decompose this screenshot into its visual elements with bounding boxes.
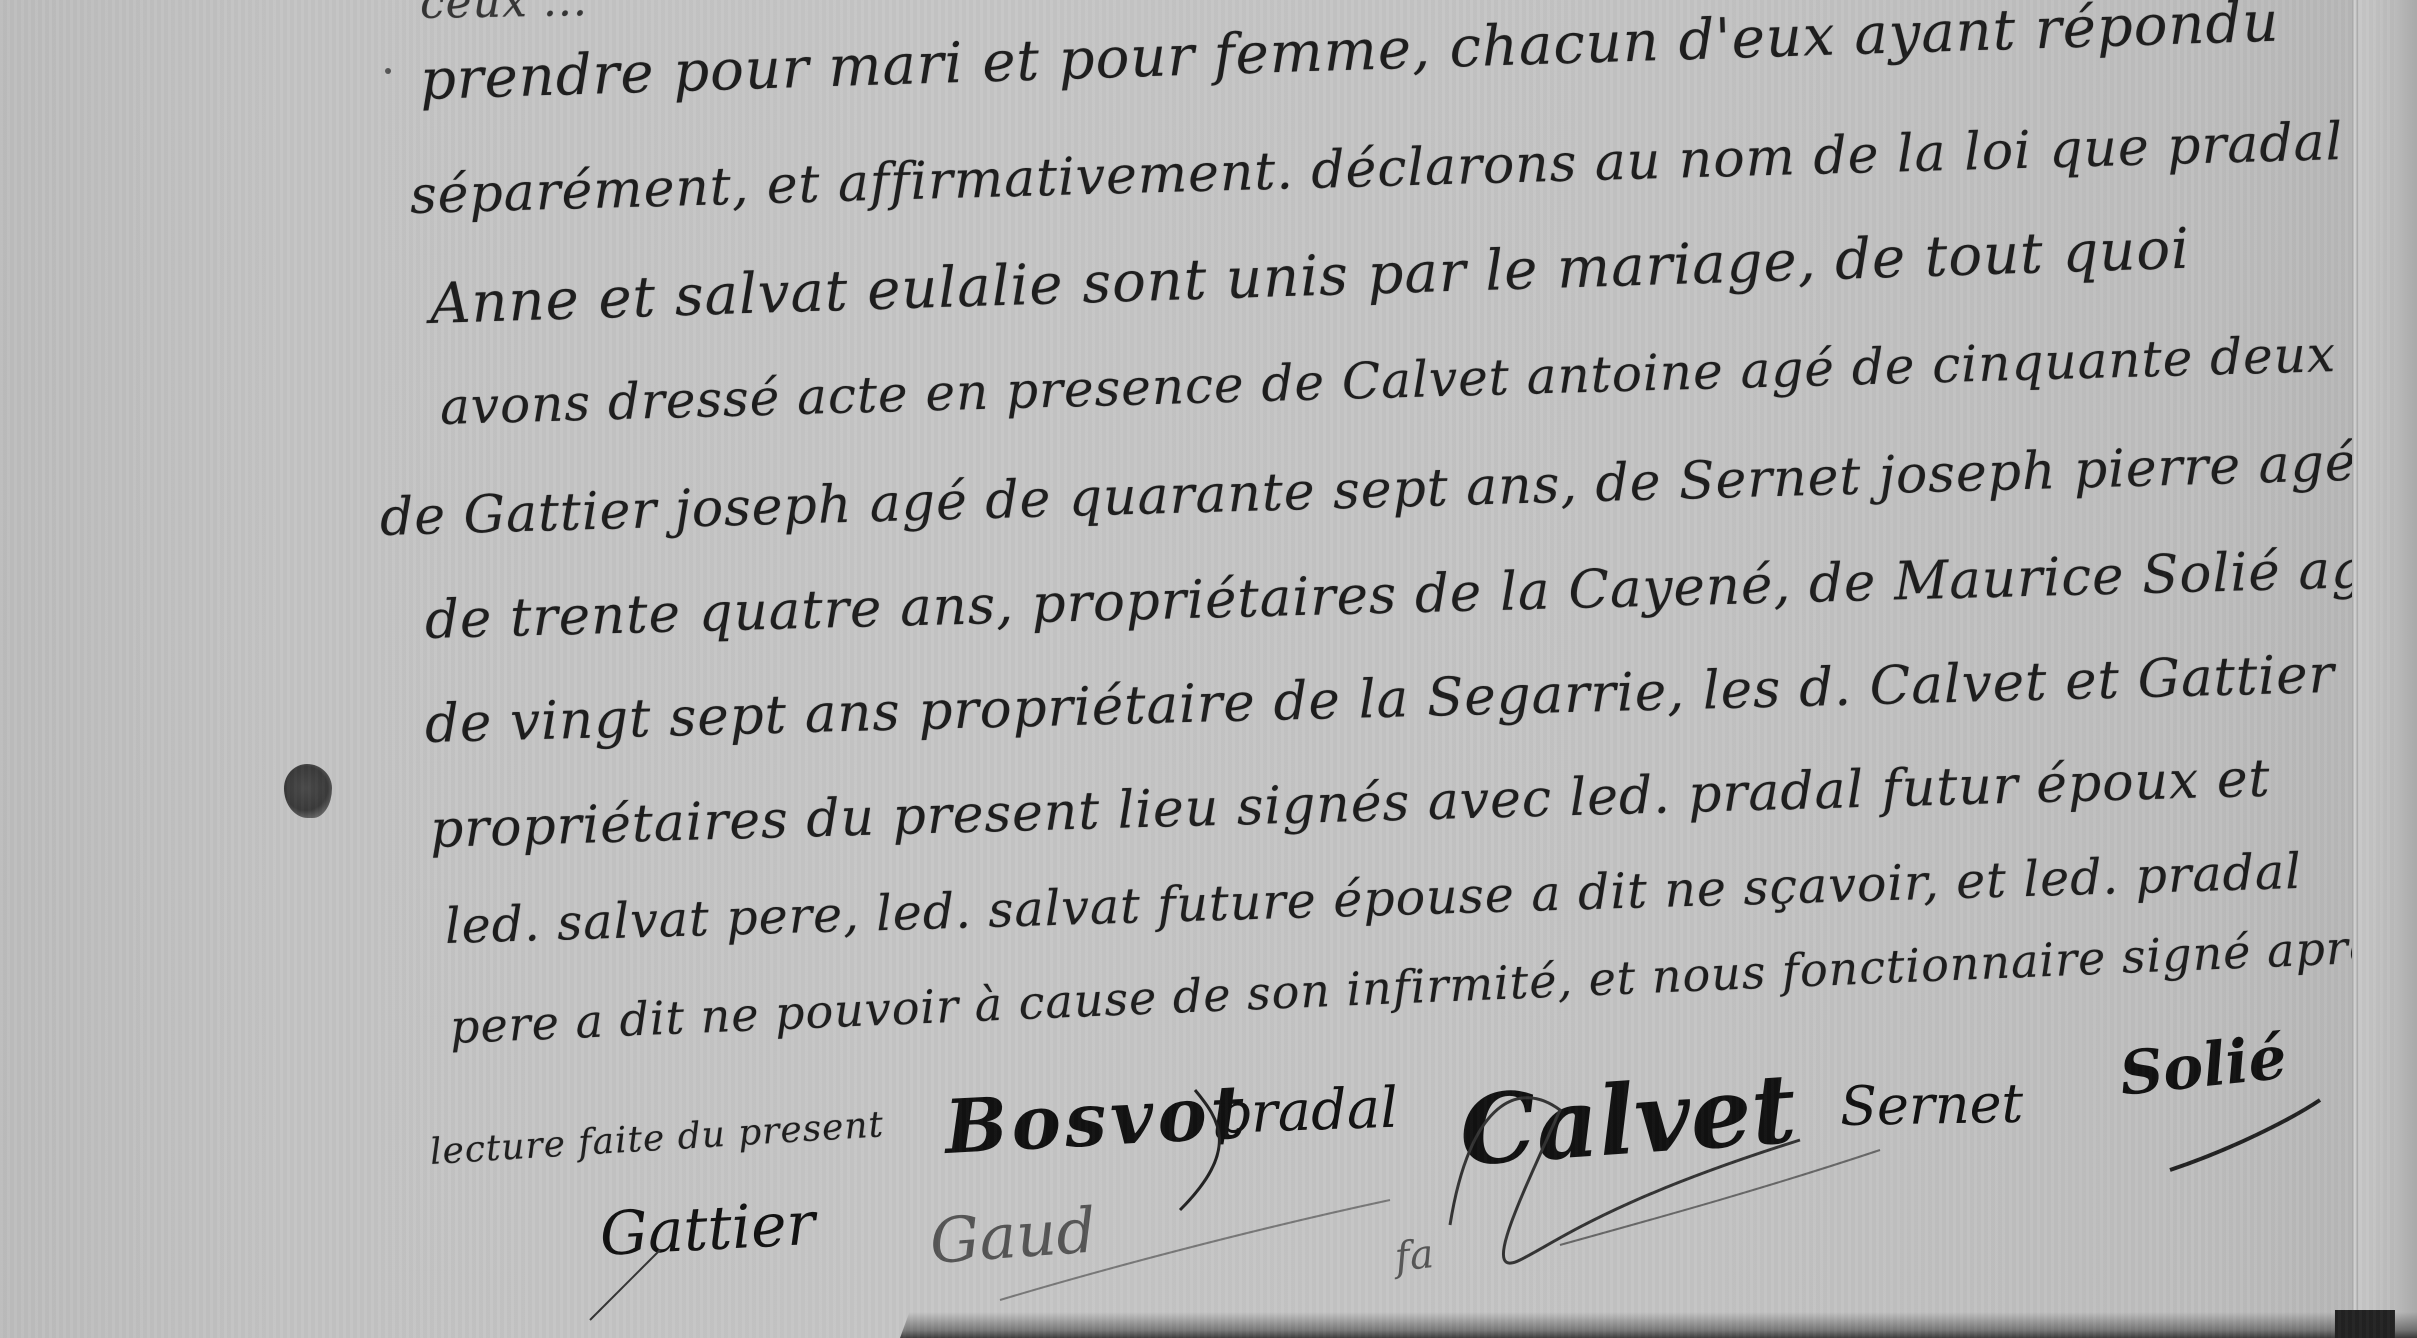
text-line-1: prendre pour mari et pour femme, chacun … xyxy=(419,0,2280,113)
document-page: ceux ... prendre pour mari et pour femme… xyxy=(0,0,2395,1338)
page-corner-shadow xyxy=(2335,1310,2395,1338)
signature-calvet: Calvet xyxy=(1456,1052,1799,1188)
signature-sernet: Sernet xyxy=(1839,1072,2023,1138)
text-line-4: avons dressé acte en presence de Calvet … xyxy=(439,322,2417,436)
text-line-6: de trente quatre ans, propriétaires de l… xyxy=(424,538,2399,651)
text-line-2: séparément, et affirmativement. déclaron… xyxy=(409,112,2344,226)
signature-fa: fa xyxy=(1393,1231,1436,1281)
page-edge-strip xyxy=(2358,0,2417,1338)
text-line-7: de vingt sept ans propriétaire de la Seg… xyxy=(424,644,2335,755)
signature-pradal: pradal xyxy=(1214,1076,1399,1147)
signature-gaud: Gaud xyxy=(927,1194,1098,1278)
text-line-8: propriétaires du present lieu signés ave… xyxy=(429,749,2271,860)
text-line-5: de Gattier joseph agé de quarante sept a… xyxy=(379,433,2357,548)
text-line-0: ceux ... xyxy=(420,0,589,29)
page-bottom-shadow xyxy=(900,1312,2417,1338)
signature-bosvot: Bosvot xyxy=(943,1069,1251,1171)
signature-gattier: Gattier xyxy=(598,1189,817,1270)
text-line-11: lecture faite du present xyxy=(429,1104,885,1173)
text-line-3: Anne et salvat eulalie sont unis par le … xyxy=(429,217,2191,337)
